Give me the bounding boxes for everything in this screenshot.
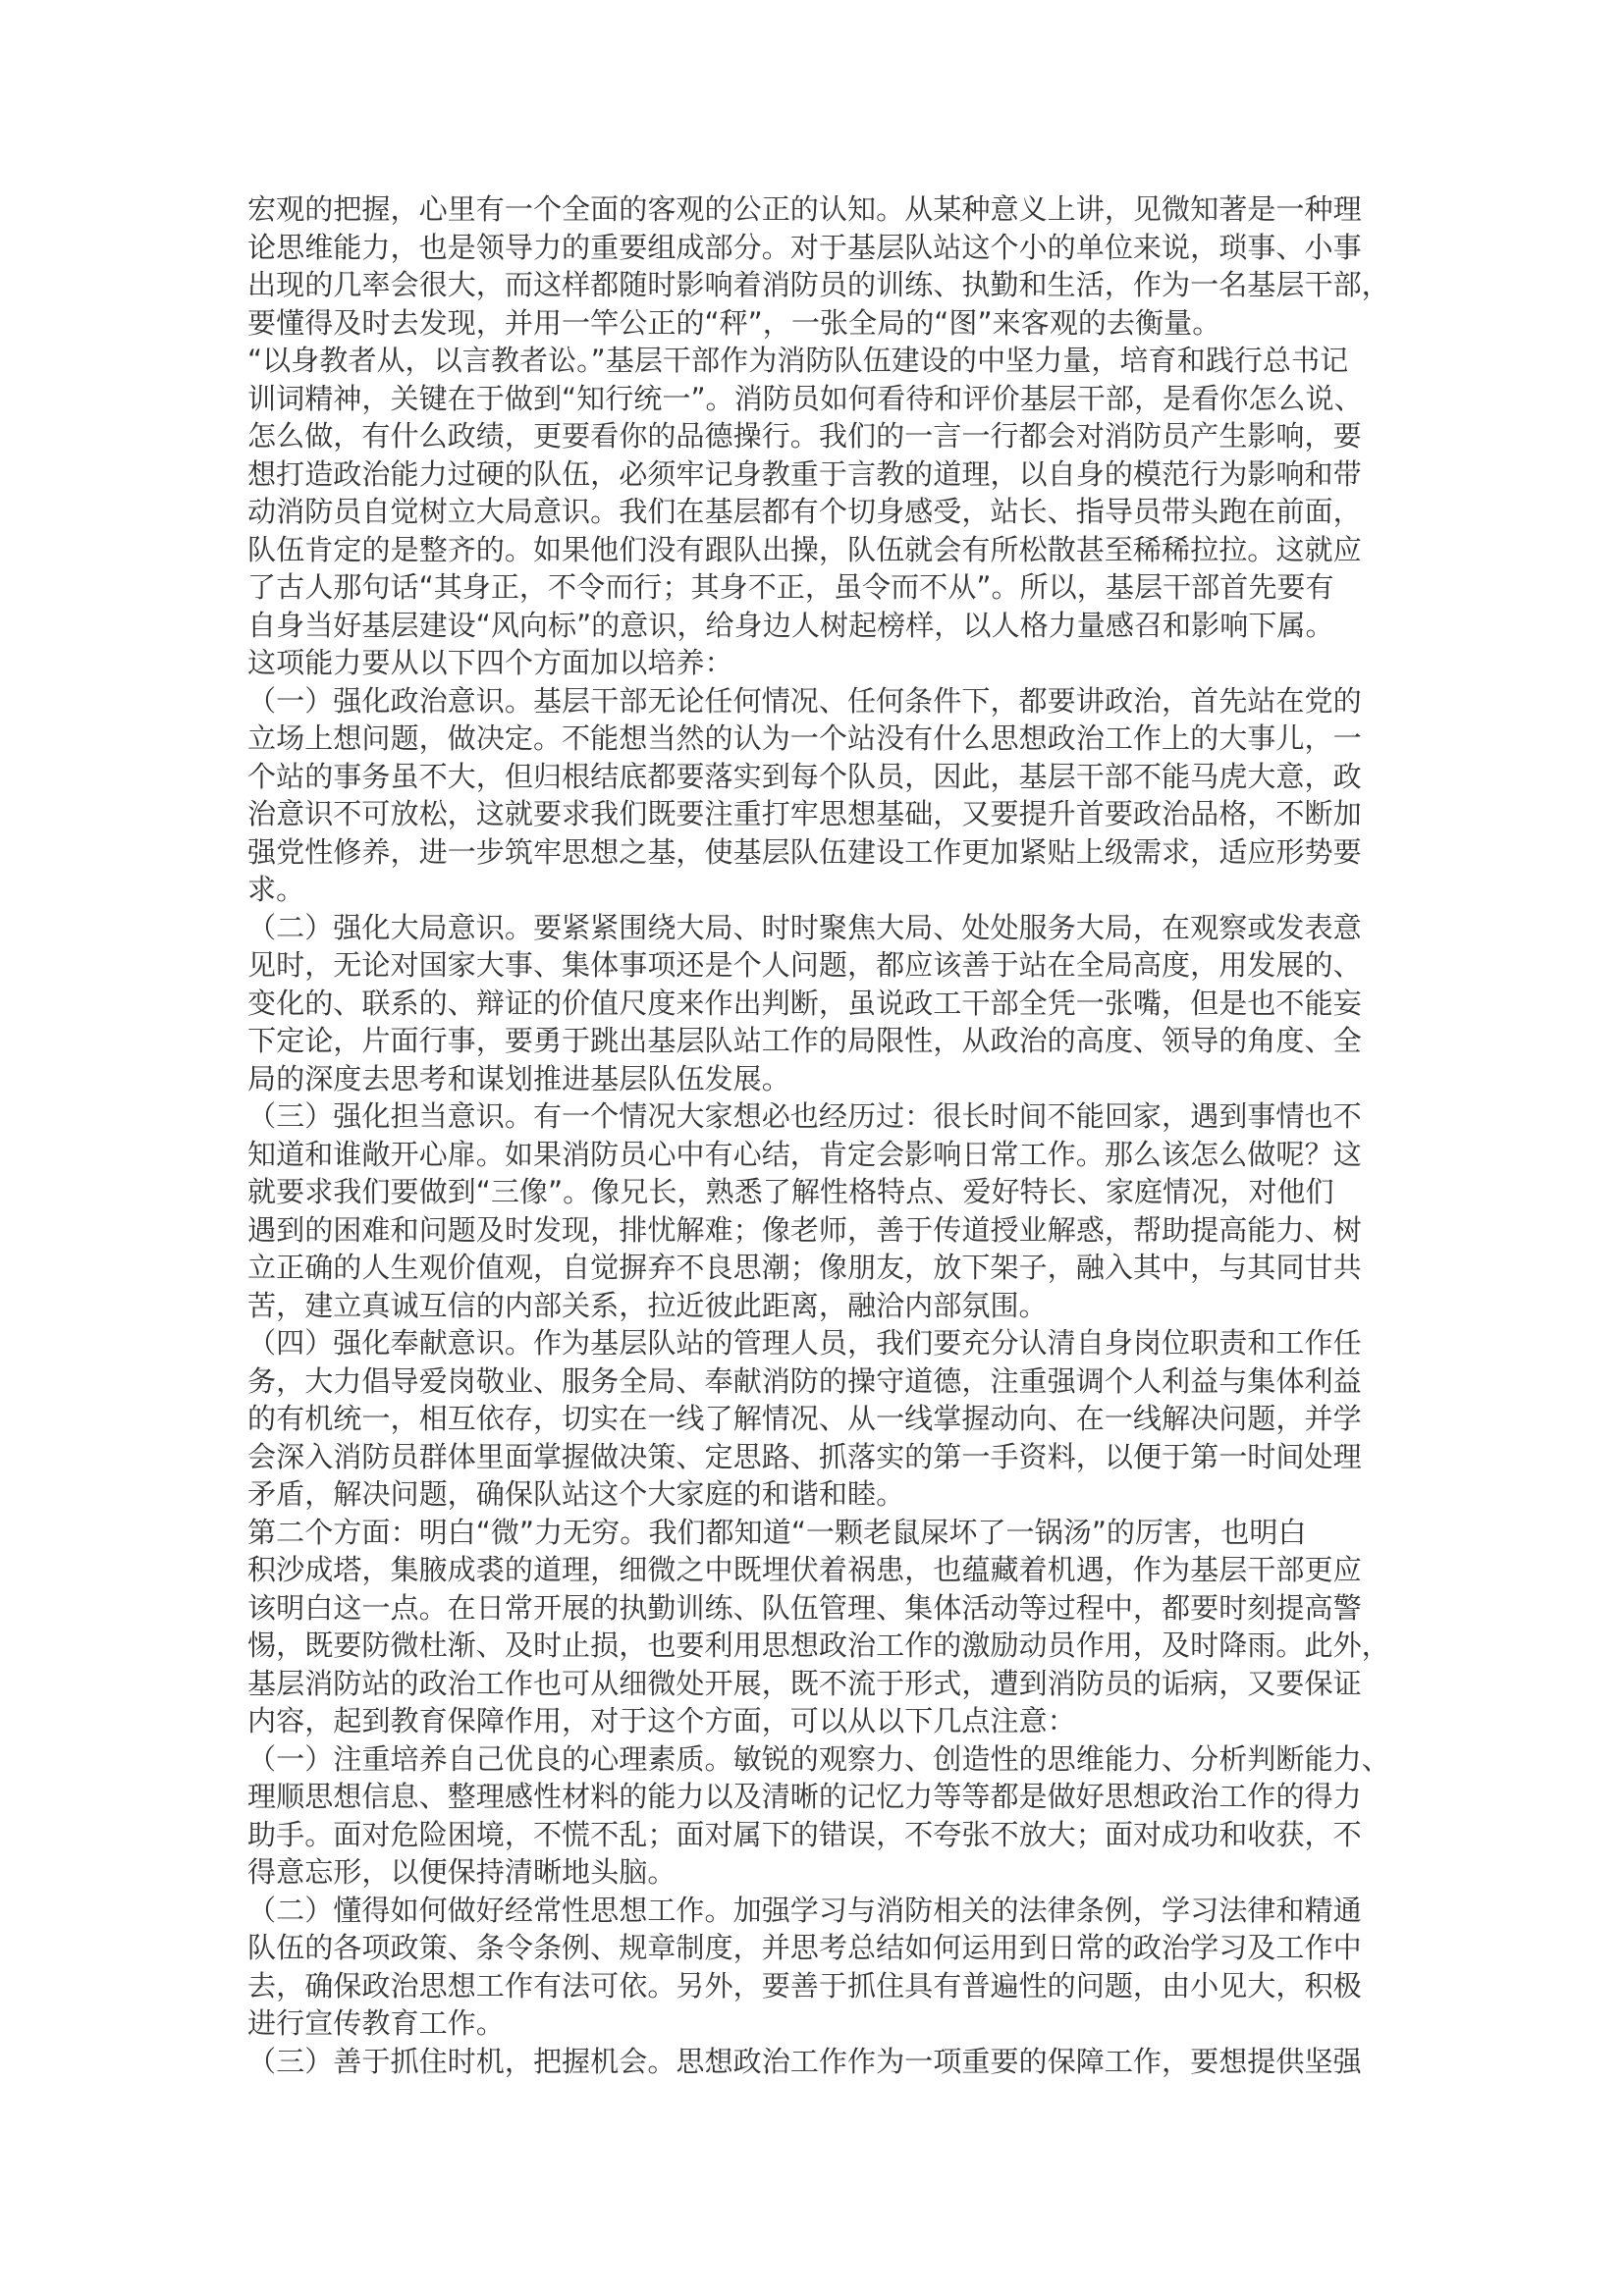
text-line: 助手。面对危险困境，不慌不乱；面对属下的错误，不夸张不放大；面对成功和收获，不 — [247, 1816, 1406, 1854]
text-line: （四）强化奉献意识。作为基层队站的管理人员，我们要充分认清自身岗位职责和工作任 — [247, 1324, 1406, 1362]
paragraph-overall-awareness: （二）强化大局意识。要紧紧围绕大局、时时聚焦大局、处处服务大局，在观察或发表意 … — [247, 909, 1406, 1098]
text-line: 知道和谁敞开心扉。如果消防员心中有心结，肯定会影响日常工作。那么该怎么做呢？这 — [247, 1136, 1406, 1174]
text-line: 见时，无论对国家大事、集体事项还是个人问题，都应该善于站在全局高度，用发展的、 — [247, 946, 1406, 985]
text-line: 队伍的各项政策、条令条例、规章制度，并思考总结如何运用到日常的政治学习及工作中 — [247, 1929, 1406, 1967]
text-line: 基层消防站的政治工作也可从细微处开展，既不流于形式，遭到消防员的诟病，又要保证 — [247, 1665, 1406, 1703]
text-line: 苦，建立真诚互信的内部关系，拉近彼此距离，融洽内部氛围。 — [247, 1287, 1406, 1325]
text-line: 这项能力要从以下四个方面加以培养： — [247, 644, 1406, 682]
text-line: 想打造政治能力过硬的队伍，必须牢记身教重于言教的道理，以自身的模范行为影响和带 — [247, 455, 1406, 494]
text-line: 下定论，片面行事，要勇于跳出基层队站工作的局限性，从政治的高度、领导的角度、全 — [247, 1022, 1406, 1060]
text-line: “以身教者从，以言教者讼。”基层干部作为消防队伍建设的中坚力量，培育和践行总书记 — [247, 342, 1406, 380]
text-line: （二）强化大局意识。要紧紧围绕大局、时时聚焦大局、处处服务大局，在观察或发表意 — [247, 909, 1406, 947]
text-line: 务，大力倡导爱岗敬业、服务全局、奉献消防的操守道德，注重强调个人利益与集体利益 — [247, 1362, 1406, 1401]
text-line: 矛盾，解决问题，确保队站这个大家庭的和谐和睦。 — [247, 1475, 1406, 1514]
text-line: 立场上想问题，做决定。不能想当然的认为一个站没有什么思想政治工作上的大事儿，一 — [247, 720, 1406, 758]
text-line: 就要求我们要做到“三像”。像兄长，熟悉了解性格特点、爱好特长、家庭情况，对他们 — [247, 1173, 1406, 1211]
text-line: 进行宣传教育工作。 — [247, 2004, 1406, 2043]
paragraph-intro-four-aspects: 这项能力要从以下四个方面加以培养： — [247, 644, 1406, 682]
paragraph-responsibility-awareness: （三）强化担当意识。有一个情况大家想必也经历过：很长时间不能回家，遇到事情也不 … — [247, 1097, 1406, 1324]
text-line: （二）懂得如何做好经常性思想工作。加强学习与消防相关的法律条例，学习法律和精通 — [247, 1892, 1406, 1930]
text-line: 强党性修养，进一步筑牢思想之基，使基层队伍建设工作更加紧贴上级需求，适应形势要 — [247, 833, 1406, 872]
text-line: 求。 — [247, 871, 1406, 909]
text-line: 局的深度去思考和谋划推进基层队伍发展。 — [247, 1060, 1406, 1098]
text-line: 变化的、联系的、辩证的价值尺度来作出判断，虽说政工干部全凭一张嘴，但是也不能妄 — [247, 985, 1406, 1023]
paragraph-regular-ideological-work: （二）懂得如何做好经常性思想工作。加强学习与消防相关的法律条例，学习法律和精通 … — [247, 1892, 1406, 2043]
text-line: 怎么做，有什么政绩，更要看你的品德操行。我们的一言一行都会对消防员产生影响，要 — [247, 417, 1406, 455]
text-line: 训词精神，关键在于做到“知行统一”。消防员如何看待和评价基层干部，是看你怎么说、 — [247, 380, 1406, 418]
paragraph-psychological-quality: （一）注重培养自己优良的心理素质。敏锐的观察力、创造性的思维能力、分析判断能力、… — [247, 1740, 1406, 1892]
text-line: 该明白这一点。在日常开展的执勤训练、队伍管理、集体活动等过程中，都要时刻提高警 — [247, 1589, 1406, 1628]
text-line: 了古人那句话“其身正，不令而行；其身不正，虽令而不从”。所以，基层干部首先要有 — [247, 568, 1406, 607]
paragraph-lead-by-example: “以身教者从，以言教者讼。”基层干部作为消防队伍建设的中坚力量，培育和践行总书记… — [247, 342, 1406, 644]
document-page: 宏观的把握，心里有一个全面的客观的公正的认知。从某种意义上讲，见微知著是一种理 … — [0, 0, 1624, 2296]
text-line: （一）注重培养自己优良的心理素质。敏锐的观察力、创造性的思维能力、分析判断能力、 — [247, 1740, 1406, 1779]
text-line: 遇到的困难和问题及时发现，排忧解难；像老师，善于传道授业解惑，帮助提高能力、树 — [247, 1211, 1406, 1250]
text-line: 要懂得及时去发现，并用一竿公正的“秤”，一张全局的“图”来客观的去衡量。 — [247, 304, 1406, 343]
text-line: 立正确的人生观价值观，自觉摒弃不良思潮；像朋友，放下架子，融入其中，与其同甘共 — [247, 1249, 1406, 1287]
text-line: 去，确保政治思想工作有法可依。另外，要善于抓住具有普遍性的问题，由小见大，积极 — [247, 1967, 1406, 2005]
text-line: 宏观的把握，心里有一个全面的客观的公正的认知。从某种意义上讲，见微知著是一种理 — [247, 190, 1406, 229]
text-line: 的有机统一，相互依存，切实在一线了解情况、从一线掌握动向、在一线解决问题，并学 — [247, 1400, 1406, 1438]
paragraph-second-aspect: 第二个方面：明白“微”力无穷。我们都知道“一颗老鼠屎坏了一锅汤”的厉害，也明白 … — [247, 1514, 1406, 1740]
text-line: 个站的事务虽不大，但归根结底都要落实到每个队员，因此，基层干部不能马虎大意，政 — [247, 758, 1406, 796]
document-body: 宏观的把握，心里有一个全面的客观的公正的认知。从某种意义上讲，见微知著是一种理 … — [247, 190, 1406, 2080]
text-line: 理顺思想信息、整理感性材料的能力以及清晰的记忆力等等都是做好思想政治工作的得力 — [247, 1778, 1406, 1816]
text-line: （一）强化政治意识。基层干部无论任何情况、任何条件下，都要讲政治，首先站在党的 — [247, 682, 1406, 721]
paragraph-dedication-awareness: （四）强化奉献意识。作为基层队站的管理人员，我们要充分认清自身岗位职责和工作任 … — [247, 1324, 1406, 1514]
text-line: 得意忘形，以便保持清晰地头脑。 — [247, 1853, 1406, 1892]
text-line: （三）强化担当意识。有一个情况大家想必也经历过：很长时间不能回家，遇到事情也不 — [247, 1097, 1406, 1136]
text-line: 第二个方面：明白“微”力无穷。我们都知道“一颗老鼠屎坏了一锅汤”的厉害，也明白 — [247, 1514, 1406, 1552]
text-line: 治意识不可放松，这就要求我们既要注重打牢思想基础，又要提升首要政治品格，不断加 — [247, 795, 1406, 833]
text-line: 惕，既要防微杜渐、及时止损，也要利用思想政治工作的激励动员作用，及时降雨。此外， — [247, 1627, 1406, 1665]
paragraph-continuation: 宏观的把握，心里有一个全面的客观的公正的认知。从某种意义上讲，见微知著是一种理 … — [247, 190, 1406, 342]
text-line: 动消防员自觉树立大局意识。我们在基层都有个切身感受，站长、指导员带头跑在前面， — [247, 493, 1406, 531]
text-line: 积沙成塔，集腋成裘的道理，细微之中既埋伏着祸患，也蕴藏着机遇，作为基层干部更应 — [247, 1551, 1406, 1589]
text-line: （三）善于抓住时机，把握机会。思想政治工作作为一项重要的保障工作，要想提供坚强 — [247, 2043, 1406, 2081]
text-line: 出现的几率会很大，而这样都随时影响着消防员的训练、执勤和生活，作为一名基层干部， — [247, 266, 1406, 304]
text-line: 自身当好基层建设“风向标”的意识，给身边人树起榜样，以人格力量感召和影响下属。 — [247, 607, 1406, 645]
paragraph-seize-opportunity: （三）善于抓住时机，把握机会。思想政治工作作为一项重要的保障工作，要想提供坚强 — [247, 2043, 1406, 2081]
text-line: 论思维能力，也是领导力的重要组成部分。对于基层队站这个小的单位来说，琐事、小事 — [247, 229, 1406, 267]
paragraph-political-awareness: （一）强化政治意识。基层干部无论任何情况、任何条件下，都要讲政治，首先站在党的 … — [247, 682, 1406, 909]
text-line: 内容，起到教育保障作用，对于这个方面，可以从以下几点注意： — [247, 1702, 1406, 1740]
text-line: 会深入消防员群体里面掌握做决策、定思路、抓落实的第一手资料，以便于第一时间处理 — [247, 1438, 1406, 1476]
text-line: 队伍肯定的是整齐的。如果他们没有跟队出操，队伍就会有所松散甚至稀稀拉拉。这就应 — [247, 531, 1406, 569]
